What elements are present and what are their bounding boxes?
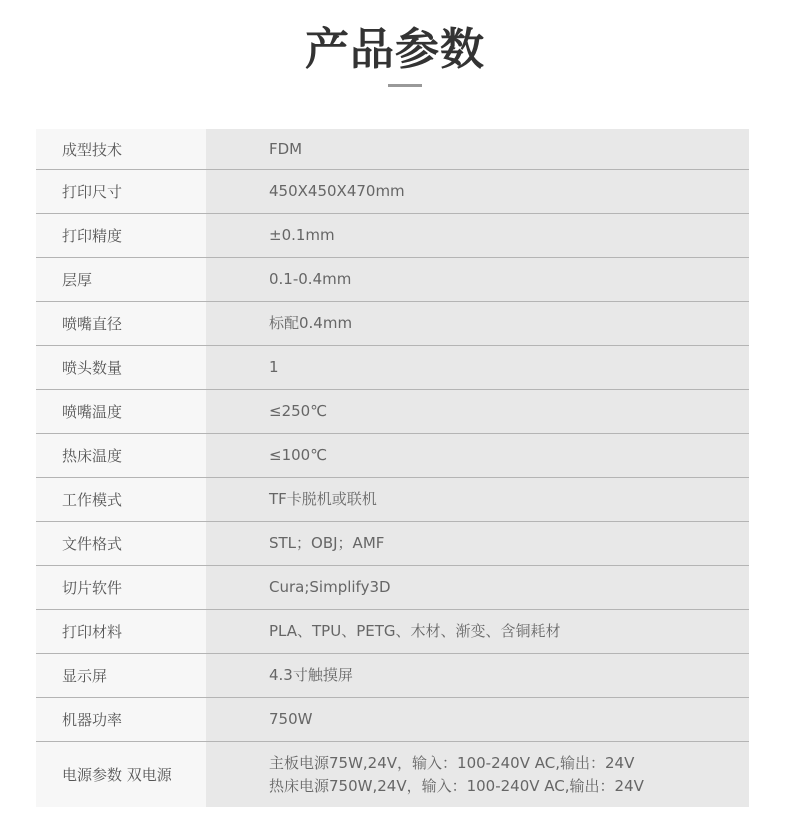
table-row: 显示屏4.3寸触摸屏	[36, 654, 749, 698]
spec-value: Cura;Simplify3D	[206, 566, 749, 609]
spec-label: 层厚	[36, 258, 206, 301]
spec-value: 750W	[206, 698, 749, 741]
spec-label: 切片软件	[36, 566, 206, 609]
table-row: 喷嘴温度≤250℃	[36, 390, 749, 434]
spec-value-line: STL；OBJ；AMF	[269, 532, 749, 555]
spec-value-line: ≤100℃	[269, 444, 749, 467]
spec-value: STL；OBJ；AMF	[206, 522, 749, 565]
spec-value-line: 750W	[269, 708, 749, 731]
spec-value-line: TF卡脱机或联机	[269, 488, 749, 511]
table-row: 打印精度±0.1mm	[36, 214, 749, 258]
table-row: 机器功率750W	[36, 698, 749, 742]
table-row: 电源参数 双电源主板电源75W,24V，输入：100-240V AC,输出：24…	[36, 742, 749, 807]
spec-value-line: 主板电源75W,24V，输入：100-240V AC,输出：24V	[269, 752, 749, 775]
spec-label: 打印尺寸	[36, 170, 206, 213]
spec-label: 喷嘴温度	[36, 390, 206, 433]
spec-value: 1	[206, 346, 749, 389]
spec-table: 成型技术FDM打印尺寸450X450X470mm打印精度±0.1mm层厚0.1-…	[36, 129, 749, 807]
spec-value: 0.1-0.4mm	[206, 258, 749, 301]
table-row: 文件格式STL；OBJ；AMF	[36, 522, 749, 566]
spec-value: 4.3寸触摸屏	[206, 654, 749, 697]
spec-label: 机器功率	[36, 698, 206, 741]
spec-value-line: 450X450X470mm	[269, 180, 749, 203]
spec-value: PLA、TPU、PETG、木材、渐变、含铜耗材	[206, 610, 749, 653]
spec-value: 主板电源75W,24V，输入：100-240V AC,输出：24V热床电源750…	[206, 742, 749, 807]
spec-label: 喷头数量	[36, 346, 206, 389]
spec-label: 文件格式	[36, 522, 206, 565]
spec-value-line: FDM	[269, 138, 749, 161]
table-row: 喷头数量1	[36, 346, 749, 390]
spec-value-line: Cura;Simplify3D	[269, 576, 749, 599]
table-row: 喷嘴直径标配0.4mm	[36, 302, 749, 346]
page-title: 产品参数	[0, 22, 790, 78]
spec-label: 打印精度	[36, 214, 206, 257]
spec-label: 成型技术	[36, 129, 206, 169]
spec-value: ≤100℃	[206, 434, 749, 477]
spec-value-line: ≤250℃	[269, 400, 749, 423]
spec-label: 热床温度	[36, 434, 206, 477]
table-row: 成型技术FDM	[36, 129, 749, 170]
table-row: 热床温度≤100℃	[36, 434, 749, 478]
spec-label: 显示屏	[36, 654, 206, 697]
spec-value-line: 0.1-0.4mm	[269, 268, 749, 291]
spec-value-line: 4.3寸触摸屏	[269, 664, 749, 687]
spec-label: 喷嘴直径	[36, 302, 206, 345]
spec-value-line: 热床电源750W,24V，输入：100-240V AC,输出：24V	[269, 775, 749, 798]
spec-value: TF卡脱机或联机	[206, 478, 749, 521]
spec-value-line: 1	[269, 356, 749, 379]
spec-value-line: ±0.1mm	[269, 224, 749, 247]
spec-value: FDM	[206, 129, 749, 169]
spec-value: ±0.1mm	[206, 214, 749, 257]
spec-label: 工作模式	[36, 478, 206, 521]
spec-label: 电源参数 双电源	[36, 742, 206, 807]
table-row: 打印尺寸450X450X470mm	[36, 170, 749, 214]
spec-value: ≤250℃	[206, 390, 749, 433]
title-underline-divider	[388, 84, 422, 87]
spec-value: 450X450X470mm	[206, 170, 749, 213]
spec-value: 标配0.4mm	[206, 302, 749, 345]
spec-value-line: PLA、TPU、PETG、木材、渐变、含铜耗材	[269, 620, 749, 643]
table-row: 层厚0.1-0.4mm	[36, 258, 749, 302]
table-row: 打印材料PLA、TPU、PETG、木材、渐变、含铜耗材	[36, 610, 749, 654]
table-row: 切片软件Cura;Simplify3D	[36, 566, 749, 610]
table-row: 工作模式TF卡脱机或联机	[36, 478, 749, 522]
spec-value-line: 标配0.4mm	[269, 312, 749, 335]
spec-label: 打印材料	[36, 610, 206, 653]
